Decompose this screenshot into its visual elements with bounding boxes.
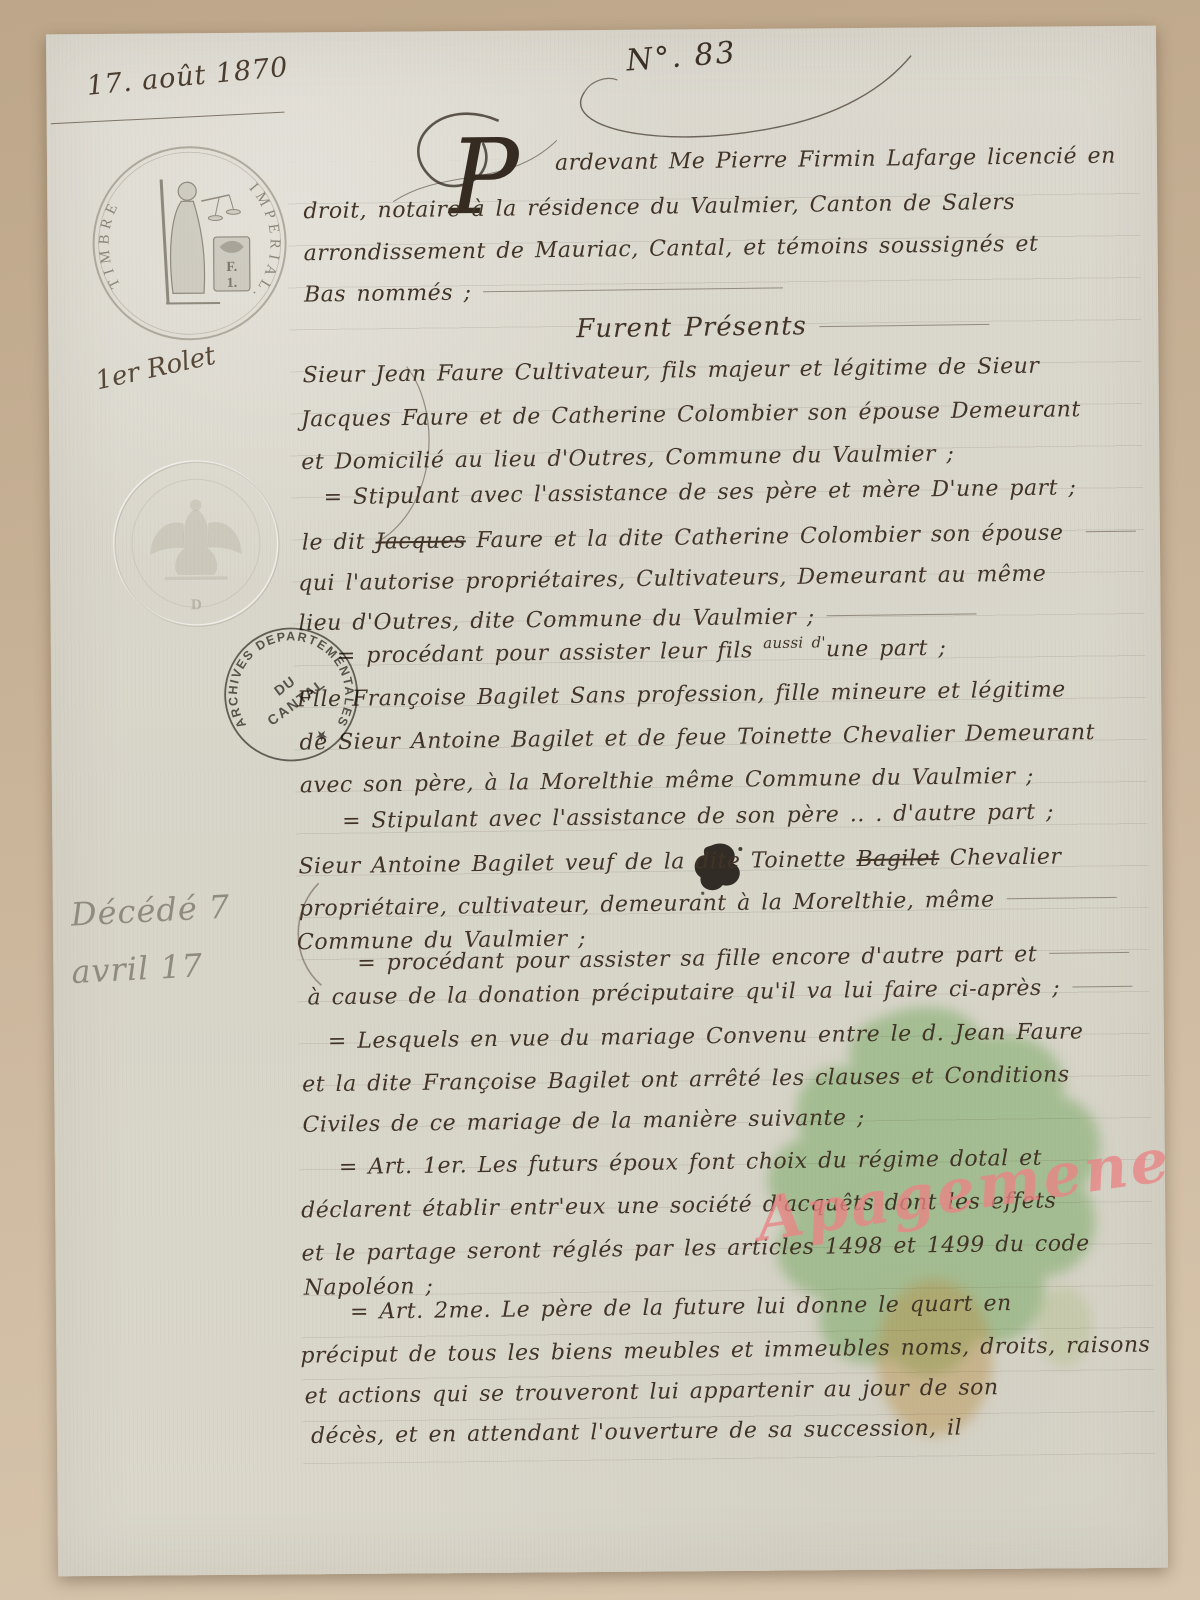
manuscript-line: = Lesquels en vue du mariage Convenu ent… xyxy=(328,1020,1084,1054)
manuscript-line: et actions qui se trouveront lui apparte… xyxy=(305,1376,999,1409)
struck-word: Jacques xyxy=(375,528,466,554)
archive-ring-text: ARCHIVES DEPARTEMENTALES xyxy=(200,603,380,782)
manuscript-line: et le partage seront réglés par les arti… xyxy=(301,1232,1089,1267)
manuscript-line: de Sieur Antoine Bagilet et de feue Toin… xyxy=(299,721,1095,756)
pencil-note-line2: avril 17 xyxy=(70,946,204,991)
archive-star-icon: ★ xyxy=(311,724,333,746)
archives-cantal-stamp: ARCHIVES DEPARTEMENTALES ★ DU CANTAL xyxy=(211,614,372,775)
line-segment: Chevalier xyxy=(939,844,1061,871)
line-segment: une part ; xyxy=(826,636,947,663)
pencil-note-line1: Décédé 7 xyxy=(70,888,231,934)
manuscript-paper: TIMBRE IMPERIAL. xyxy=(46,26,1168,1577)
manuscript-line: Bas nommés ; xyxy=(304,277,784,307)
manuscript-line: propriétaire, cultivateur, demeurant à l… xyxy=(299,887,1117,922)
inserted-text: aussi d' xyxy=(763,633,826,652)
manuscript-line: = Art. 2me. Le père de la future lui don… xyxy=(350,1292,1012,1325)
manuscript-line: qui l'autorise propriétaires, Cultivateu… xyxy=(298,563,1046,597)
svg-text:ARCHIVES DEPARTEMENTALES: ARCHIVES DEPARTEMENTALES xyxy=(200,603,380,782)
manuscript-line: = Stipulant avec l'assistance de son pèr… xyxy=(342,801,1054,835)
manuscript-line: décès, et en attendant l'ouverture de sa… xyxy=(311,1417,962,1450)
manuscript-line: Sieur Antoine Bagilet veuf de la dite To… xyxy=(298,845,1061,879)
manuscript-line: = procédant pour assister leur fils auss… xyxy=(337,637,947,669)
act-number-flourish xyxy=(539,47,960,150)
line-segment: Faure et la dite Catherine Colombier son… xyxy=(466,521,1064,554)
manuscript-line: et la dite Françoise Bagilet ont arrêté … xyxy=(302,1063,1070,1097)
line-segment: le dit xyxy=(302,530,376,556)
section-heading: Furent Présents xyxy=(576,310,989,344)
manuscript-line: à cause de la donation préciputaire qu'i… xyxy=(307,976,1132,1011)
line-segment: Sieur Antoine Bagilet veuf de la dite To… xyxy=(298,847,856,879)
line-segment: = procédant pour assister leur fils xyxy=(337,638,764,669)
date-underline xyxy=(51,112,285,125)
scanned-document-photo: TIMBRE IMPERIAL. xyxy=(0,0,1200,1600)
manuscript-line: Civiles de ce mariage de la manière suiv… xyxy=(302,1107,865,1139)
manuscript-line: lieu d'Outres, dite Commune du Vaulmier … xyxy=(298,603,976,636)
manuscript-line: ardevant Me Pierre Firmin Lafarge licenc… xyxy=(555,145,1116,177)
manuscript-line: Flle Françoise Bagilet Sans profession, … xyxy=(297,678,1066,712)
margin-date-note: 17. août 1870 xyxy=(85,52,289,102)
handwritten-text-layer: 17. août 1870 N°. 83 1er Rolet Décédé 7 … xyxy=(0,0,1200,1600)
manuscript-line: avec son père, à la Morelthie même Commu… xyxy=(300,765,1034,799)
manuscript-line: Napoléon ; xyxy=(304,1275,434,1301)
paper-content: TIMBRE IMPERIAL. xyxy=(0,0,1200,1600)
struck-word: Bagilet xyxy=(856,846,939,872)
margin-copy-note: 1er Rolet xyxy=(93,341,219,397)
manuscript-line: préciput de tous les biens meubles et im… xyxy=(300,1334,1150,1369)
